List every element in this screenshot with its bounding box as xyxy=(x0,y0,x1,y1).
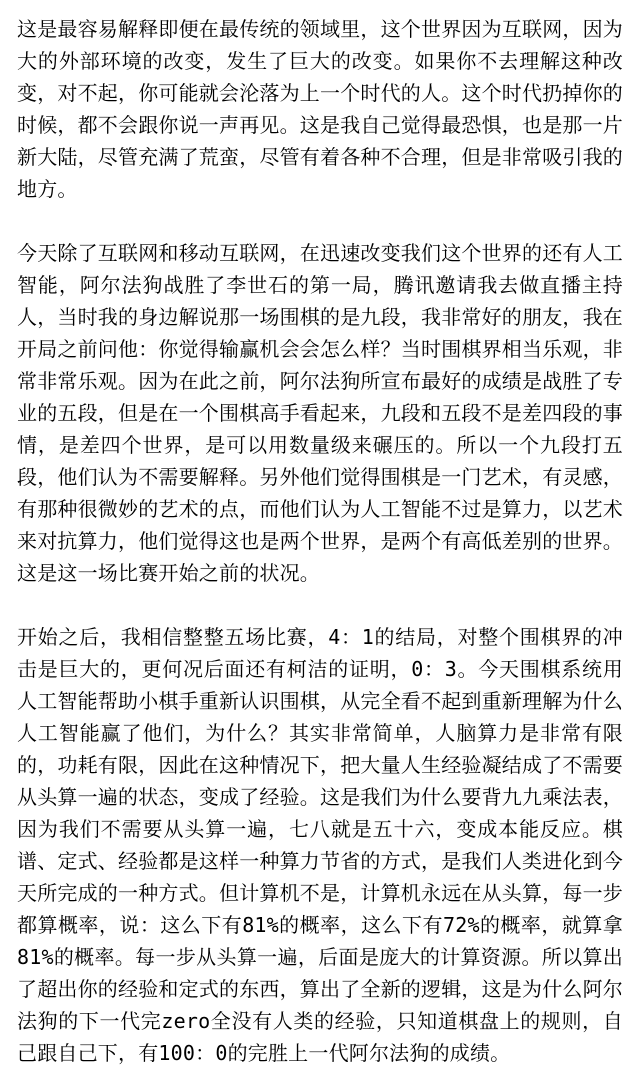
paragraph-internet-change: 这是最容易解释即便在最传统的领域里，这个世界因为互联网，因为大的外部环境的改变，… xyxy=(17,13,623,205)
paragraph-alphago-match-context: 今天除了互联网和移动互联网，在迅速改变我们这个世界的还有人工智能，阿尔法狗战胜了… xyxy=(17,237,623,589)
paragraph-alphago-result-analysis: 开始之后，我相信整整五场比赛，4：1的结局，对整个围棋界的冲击是巨大的，更何况后… xyxy=(17,621,623,1069)
article-body: 这是最容易解释即便在最传统的领域里，这个世界因为互联网，因为大的外部环境的改变，… xyxy=(0,0,640,1069)
